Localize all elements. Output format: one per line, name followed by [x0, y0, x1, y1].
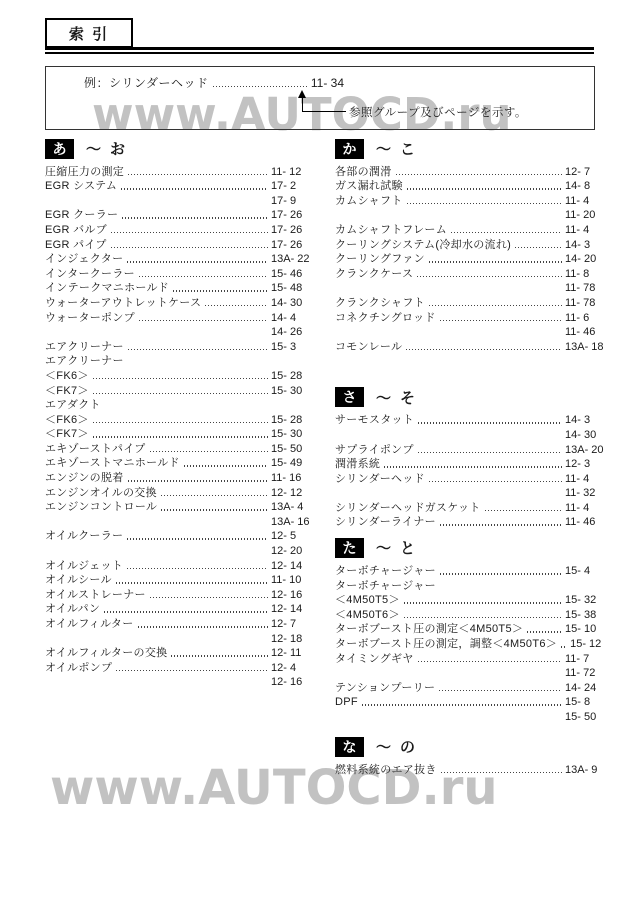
- index-entry: 15- 50: [335, 709, 611, 724]
- entry-label: エンジンオイルの交換: [45, 487, 157, 500]
- entry-label: カムシャフト: [335, 195, 403, 208]
- index-entry: エンジンオイルの交換12- 12: [45, 485, 317, 500]
- index-entry: ターボブースト圧の測定＜4M50T5＞15- 10: [335, 622, 611, 637]
- leader-dots: [116, 670, 268, 672]
- entry-label: 圧縮圧力の測定: [45, 166, 124, 179]
- entry-page: 15- 28: [271, 370, 317, 383]
- index-entry: ガス漏れ試験14- 8: [335, 179, 611, 194]
- leader-dots: [396, 174, 563, 176]
- entry-page: 15- 32: [565, 594, 611, 607]
- leader-dots: [150, 597, 268, 599]
- title-divider: [45, 47, 594, 54]
- leader-dots: [184, 465, 268, 467]
- leader-dots: [561, 646, 567, 648]
- leader-dots: [417, 276, 562, 278]
- leader-dots: [128, 480, 268, 482]
- index-entry: サーモスタット14- 3: [335, 413, 611, 428]
- entry-page: 17- 2: [271, 180, 317, 193]
- index-entry: 11- 32: [335, 486, 611, 501]
- entry-label: テンションプーリー: [335, 682, 435, 695]
- leader-dots: [404, 617, 562, 619]
- entry-label: シリンダーライナー: [335, 516, 436, 529]
- leader-dots: [161, 509, 268, 511]
- index-entry: ＜FK7＞15- 30: [45, 383, 317, 398]
- entry-page: 12- 4: [271, 662, 317, 675]
- entry-page: 11- 4: [565, 224, 611, 237]
- leader-dots: [485, 510, 562, 512]
- entry-page: 12- 12: [271, 487, 317, 500]
- leader-dots: [128, 349, 268, 351]
- entry-page: 15- 12: [570, 638, 611, 651]
- index-column-right: か～こ各部の潤滑12- 7ガス漏れ試験14- 8カムシャフト11- 411- 2…: [335, 138, 611, 777]
- entry-page: 11- 10: [271, 574, 317, 587]
- entry-label: ＜FK6＞: [45, 370, 89, 383]
- index-entry: 11- 20: [335, 208, 611, 223]
- entry-page: 11- 6: [565, 312, 611, 325]
- index-entry: 12- 18: [45, 631, 317, 646]
- entry-page: 14- 24: [565, 682, 611, 695]
- index-entry: エキゾーストパイプ15- 50: [45, 441, 317, 456]
- entry-page: 17- 9: [271, 195, 317, 208]
- entry-page: 13A- 4: [271, 501, 317, 514]
- leader-dots: [440, 524, 562, 526]
- entry-label: EGR クーラー: [45, 209, 118, 222]
- entry-label: オイルフィルターの交換: [45, 647, 167, 660]
- entry-page: 12- 7: [565, 166, 611, 179]
- entry-label: クーリングファン: [335, 253, 425, 266]
- leader-dots: [93, 422, 268, 424]
- index-entry: 11- 46: [335, 325, 611, 340]
- leader-dots: [150, 451, 268, 453]
- leader-dots: [121, 188, 268, 190]
- entry-label: ターボチャージャー: [335, 565, 436, 578]
- entry-label: オイルポンプ: [45, 662, 112, 675]
- entry-label: タイミングギヤ: [335, 653, 414, 666]
- leader-dots: [429, 261, 562, 263]
- section-start-char: あ: [45, 139, 74, 159]
- leader-dots: [407, 203, 562, 205]
- index-entry: 燃料系統のエア抜き13A- 9: [335, 762, 611, 777]
- entry-label: シリンダーヘッドガスケット: [335, 502, 481, 515]
- leader-dots: [527, 631, 562, 633]
- index-entry: サプライポンプ13A- 20: [335, 442, 611, 457]
- index-entry: 17- 9: [45, 193, 317, 208]
- index-entry: オイルポンプ12- 4: [45, 660, 317, 675]
- section-end-char: お: [110, 138, 126, 159]
- index-entry: 14- 26: [45, 325, 317, 340]
- index-entry: タイミングギヤ11- 7: [335, 651, 611, 666]
- entry-label: ＜4M50T5＞: [335, 594, 400, 607]
- index-entry: エアクリーナー15- 3: [45, 339, 317, 354]
- example-label: 例：シリンダーヘッド: [84, 76, 209, 90]
- index-entry: ＜4M50T6＞15- 38: [335, 607, 611, 622]
- entry-page: 14- 30: [565, 429, 611, 442]
- leader-dots: [418, 422, 562, 424]
- index-entry: エアダクト: [45, 398, 317, 413]
- index-entry: エアクリーナー: [45, 354, 317, 369]
- leader-dots: [406, 349, 562, 351]
- index-entry: シリンダーヘッドガスケット11- 4: [335, 500, 611, 515]
- section-header: た～と: [335, 537, 611, 558]
- entry-page: 13A- 20: [565, 444, 611, 457]
- leader-dots: [515, 247, 562, 249]
- index-entry: ＜FK7＞15- 30: [45, 427, 317, 442]
- page-title-box: 索 引: [45, 18, 133, 48]
- entry-label: シリンダーヘッド: [335, 473, 425, 486]
- leader-dots: [127, 568, 268, 570]
- entry-page: 17- 26: [271, 209, 317, 222]
- entry-page: 15- 28: [271, 414, 317, 427]
- entry-page: 11- 16: [271, 472, 317, 485]
- index-entry: EGR クーラー17- 26: [45, 208, 317, 223]
- index-entry: 各部の潤滑12- 7: [335, 164, 611, 179]
- entry-label: エキゾーストパイプ: [45, 443, 146, 456]
- entry-page: 14- 4: [271, 312, 317, 325]
- index-entry: オイルフィルターの交換12- 11: [45, 646, 317, 661]
- leader-dots: [173, 290, 268, 292]
- entry-page: 11- 4: [565, 502, 611, 515]
- index-entry: EGR システム17- 2: [45, 179, 317, 194]
- leader-dots: [418, 661, 562, 663]
- index-entry: EGR パイプ17- 26: [45, 237, 317, 252]
- entry-label: DPF: [335, 696, 358, 709]
- index-entry: オイルクーラー12- 5: [45, 529, 317, 544]
- leader-dots: [362, 704, 562, 706]
- entry-label: サプライポンプ: [335, 444, 414, 457]
- entry-page: 11- 32: [565, 487, 611, 500]
- leader-dots: [429, 305, 562, 307]
- index-entry: DPF15- 8: [335, 695, 611, 710]
- index-column-left: あ～お圧縮圧力の測定11- 12EGR システム17- 217- 9EGR クー…: [45, 138, 317, 689]
- index-entry: シリンダーヘッド11- 4: [335, 471, 611, 486]
- section-range-tilde: ～: [376, 387, 391, 408]
- entry-label: EGR システム: [45, 180, 117, 193]
- leader-dots: [440, 320, 562, 322]
- entry-page: 12- 3: [565, 458, 611, 471]
- index-entry: インタークーラー15- 46: [45, 266, 317, 281]
- section-start-char: た: [335, 538, 364, 558]
- leader-dots: [127, 538, 268, 540]
- entry-label: エンジンコントロール: [45, 501, 157, 514]
- entry-page: 13A- 9: [565, 764, 611, 777]
- section-end-char: と: [400, 537, 416, 558]
- entry-label: オイルパン: [45, 603, 100, 616]
- entry-label: カムシャフトフレーム: [335, 224, 447, 237]
- index-entry: シリンダーライナー11- 46: [335, 515, 611, 530]
- index-entry: クーリングシステム(冷却水の流れ)14- 3: [335, 237, 611, 252]
- entry-page: 11- 78: [565, 297, 611, 310]
- manual-index-page: www.AUTOCD.ru www.AUTOCD.ru 索 引 例：シリンダーヘ…: [0, 0, 640, 905]
- index-entry: ＜FK6＞15- 28: [45, 368, 317, 383]
- leader-dots: [439, 690, 562, 692]
- index-entry: 11- 78: [335, 281, 611, 296]
- entry-label: サーモスタット: [335, 414, 414, 427]
- entry-page: 15- 48: [271, 282, 317, 295]
- entry-page: 13A- 22: [271, 253, 317, 266]
- entry-label: オイルストレーナー: [45, 589, 146, 602]
- leader-dots: [404, 602, 562, 604]
- entry-page: 15- 46: [271, 268, 317, 281]
- entry-label: コモンレール: [335, 341, 402, 354]
- section-header: な～の: [335, 736, 611, 757]
- entry-label: エンジンの脱着: [45, 472, 124, 485]
- entry-label: ターボブースト圧の測定，調整＜4M50T6＞: [335, 638, 557, 651]
- entry-label: ターボチャージャー: [335, 580, 436, 593]
- index-entry: 11- 72: [335, 666, 611, 681]
- entry-page: 11- 7: [565, 653, 611, 666]
- index-entry: EGR バルブ17- 26: [45, 222, 317, 237]
- index-entry: インテークマニホールド15- 48: [45, 281, 317, 296]
- entry-page: 15- 8: [565, 696, 611, 709]
- entry-page: 12- 5: [271, 530, 317, 543]
- entry-label: オイルシール: [45, 574, 112, 587]
- example-note: 参照グループ及びページを示す。: [349, 104, 527, 120]
- entry-page: 11- 8: [565, 268, 611, 281]
- leader-dots: [171, 655, 268, 657]
- entry-page: 14- 30: [271, 297, 317, 310]
- index-entry: カムシャフトフレーム11- 4: [335, 222, 611, 237]
- index-entry: ＜4M50T5＞15- 32: [335, 593, 611, 608]
- entry-label: ＜FK7＞: [45, 385, 89, 398]
- leader-dots: [138, 626, 268, 628]
- entry-page: 15- 50: [271, 443, 317, 456]
- section-header: さ～そ: [335, 387, 611, 408]
- entry-label: EGR バルブ: [45, 224, 107, 237]
- section-range-tilde: ～: [376, 736, 391, 757]
- example-page: 11- 34: [311, 76, 344, 90]
- index-entry: クランクシャフト11- 78: [335, 295, 611, 310]
- leader-dots: [93, 436, 268, 438]
- entry-page: 15- 50: [565, 711, 611, 724]
- entry-label: ガス漏れ試験: [335, 180, 403, 193]
- entry-label: オイルクーラー: [45, 530, 123, 543]
- index-entry: オイルストレーナー12- 16: [45, 587, 317, 602]
- entry-page: 14- 3: [565, 239, 611, 252]
- index-entry: コネクチングロッド11- 6: [335, 310, 611, 325]
- leader-dots: [116, 582, 268, 584]
- entry-page: 15- 49: [271, 457, 317, 470]
- entry-label: ウォーターポンプ: [45, 312, 135, 325]
- leader-dots: [440, 573, 562, 575]
- leader-dots: [441, 772, 562, 774]
- index-entry: エンジンコントロール13A- 4: [45, 500, 317, 515]
- entry-label: エアダクト: [45, 399, 101, 412]
- leader-dots: [139, 276, 268, 278]
- section-range-tilde: ～: [86, 138, 101, 159]
- entry-page: 12- 20: [271, 545, 317, 558]
- entry-page: 15- 30: [271, 428, 317, 441]
- leader-dots: [111, 232, 268, 234]
- index-entry: クーリングファン14- 20: [335, 252, 611, 267]
- entry-page: 14- 20: [565, 253, 611, 266]
- index-entry: 12- 16: [45, 675, 317, 690]
- entry-page: 14- 26: [271, 326, 317, 339]
- example-entry: 例：シリンダーヘッド 11- 34: [84, 76, 344, 90]
- leader-dots: [111, 247, 268, 249]
- entry-page: 14- 8: [565, 180, 611, 193]
- index-entry: クランクケース11- 8: [335, 266, 611, 281]
- entry-page: 14- 3: [565, 414, 611, 427]
- leader-dots: [128, 174, 268, 176]
- section-end-char: そ: [400, 387, 416, 408]
- leader-dots: [139, 320, 268, 322]
- entry-label: EGR パイプ: [45, 239, 107, 252]
- entry-label: コネクチングロッド: [335, 312, 436, 325]
- entry-page: 11- 78: [565, 282, 611, 295]
- entry-page: 13A- 16: [271, 516, 317, 529]
- index-entry: ウォーターポンプ14- 4: [45, 310, 317, 325]
- index-entry: オイルジェット12- 14: [45, 558, 317, 573]
- leader-dots: [104, 611, 268, 613]
- leader-dots: [93, 393, 268, 395]
- index-entry: 圧縮圧力の測定11- 12: [45, 164, 317, 179]
- leader-dots: [429, 481, 562, 483]
- entry-page: 15- 3: [271, 341, 317, 354]
- entry-page: 12- 11: [271, 647, 317, 660]
- entry-label: クランクシャフト: [335, 297, 425, 310]
- entry-label: エアクリーナー: [45, 341, 124, 354]
- entry-label: 燃料系統のエア抜き: [335, 764, 437, 777]
- entry-page: 11- 46: [565, 516, 611, 529]
- entry-label: ＜FK7＞: [45, 428, 89, 441]
- section-start-char: な: [335, 737, 364, 757]
- entry-page: 11- 72: [565, 667, 611, 680]
- leader-dots: [451, 232, 562, 234]
- entry-page: 15- 10: [565, 623, 611, 636]
- index-entry: コモンレール13A- 18: [335, 339, 611, 354]
- leader-dots: [161, 495, 268, 497]
- entry-page: 17- 26: [271, 239, 317, 252]
- entry-label: クーリングシステム(冷却水の流れ): [335, 239, 511, 252]
- entry-page: 11- 4: [565, 195, 611, 208]
- leader-dots: [407, 188, 562, 190]
- index-entry: オイルパン12- 14: [45, 602, 317, 617]
- entry-label: インテークマニホールド: [45, 282, 169, 295]
- index-entry: エキゾーストマニホールド15- 49: [45, 456, 317, 471]
- entry-label: ターボブースト圧の測定＜4M50T5＞: [335, 623, 523, 636]
- leader-dots: [384, 466, 562, 468]
- section-header: か～こ: [335, 138, 611, 159]
- section-start-char: さ: [335, 387, 364, 407]
- entry-page: 15- 30: [271, 385, 317, 398]
- index-entry: オイルフィルター12- 7: [45, 616, 317, 631]
- entry-page: 17- 26: [271, 224, 317, 237]
- section-end-char: こ: [400, 138, 416, 159]
- entry-page: 11- 4: [565, 473, 611, 486]
- entry-label: ウォーターアウトレットケース: [45, 297, 201, 310]
- entry-page: 12- 16: [271, 676, 317, 689]
- section-range-tilde: ～: [376, 138, 391, 159]
- index-entry: ターボチャージャー: [335, 578, 611, 593]
- section-range-tilde: ～: [376, 537, 391, 558]
- entry-label: 各部の潤滑: [335, 166, 392, 179]
- entry-label: ＜FK6＞: [45, 414, 89, 427]
- leader-dots: [122, 217, 268, 219]
- index-entry: オイルシール11- 10: [45, 573, 317, 588]
- entry-page: 12- 18: [271, 633, 317, 646]
- index-entry: ターボチャージャー15- 4: [335, 563, 611, 578]
- entry-label: 潤滑系統: [335, 458, 380, 471]
- page-title: 索 引: [69, 23, 109, 44]
- leader-dots: [418, 452, 562, 454]
- index-entry: エンジンの脱着11- 16: [45, 470, 317, 485]
- index-entry: テンションプーリー14- 24: [335, 680, 611, 695]
- entry-page: 11- 46: [565, 326, 611, 339]
- entry-label: オイルフィルター: [45, 618, 134, 631]
- index-entry: 14- 30: [335, 427, 611, 442]
- entry-page: 12- 7: [271, 618, 317, 631]
- index-entry: 12- 20: [45, 543, 317, 558]
- index-entry: カムシャフト11- 4: [335, 193, 611, 208]
- index-entry: 潤滑系統12- 3: [335, 457, 611, 472]
- entry-page: 12- 16: [271, 589, 317, 602]
- leader-dots: [205, 305, 268, 307]
- index-entry: 13A- 16: [45, 514, 317, 529]
- index-entry: ＜FK6＞15- 28: [45, 412, 317, 427]
- entry-label: オイルジェット: [45, 560, 123, 573]
- leader-dots: [213, 86, 308, 88]
- entry-label: インジェクター: [45, 253, 123, 266]
- entry-label: インタークーラー: [45, 268, 135, 281]
- section-header: あ～お: [45, 138, 317, 159]
- callout-line: [302, 97, 346, 112]
- entry-label: エキゾーストマニホールド: [45, 457, 180, 470]
- entry-page: 15- 4: [565, 565, 611, 578]
- example-box: 例：シリンダーヘッド 11- 34 参照グループ及びページを示す。: [45, 66, 595, 130]
- index-entry: インジェクター13A- 22: [45, 252, 317, 267]
- entry-label: エアクリーナー: [45, 355, 124, 368]
- section-start-char: か: [335, 139, 364, 159]
- leader-dots: [127, 261, 268, 263]
- leader-dots: [93, 378, 268, 380]
- entry-page: 15- 38: [565, 609, 611, 622]
- index-entry: ターボブースト圧の測定，調整＜4M50T6＞15- 12: [335, 636, 611, 651]
- entry-page: 11- 20: [565, 209, 611, 222]
- entry-page: 12- 14: [271, 603, 317, 616]
- entry-label: クランクケース: [335, 268, 413, 281]
- entry-page: 13A- 18: [565, 341, 611, 354]
- entry-page: 12- 14: [271, 560, 317, 573]
- section-end-char: の: [400, 736, 416, 757]
- entry-label: ＜4M50T6＞: [335, 609, 400, 622]
- index-entry: ウォーターアウトレットケース14- 30: [45, 295, 317, 310]
- entry-page: 11- 12: [271, 166, 317, 179]
